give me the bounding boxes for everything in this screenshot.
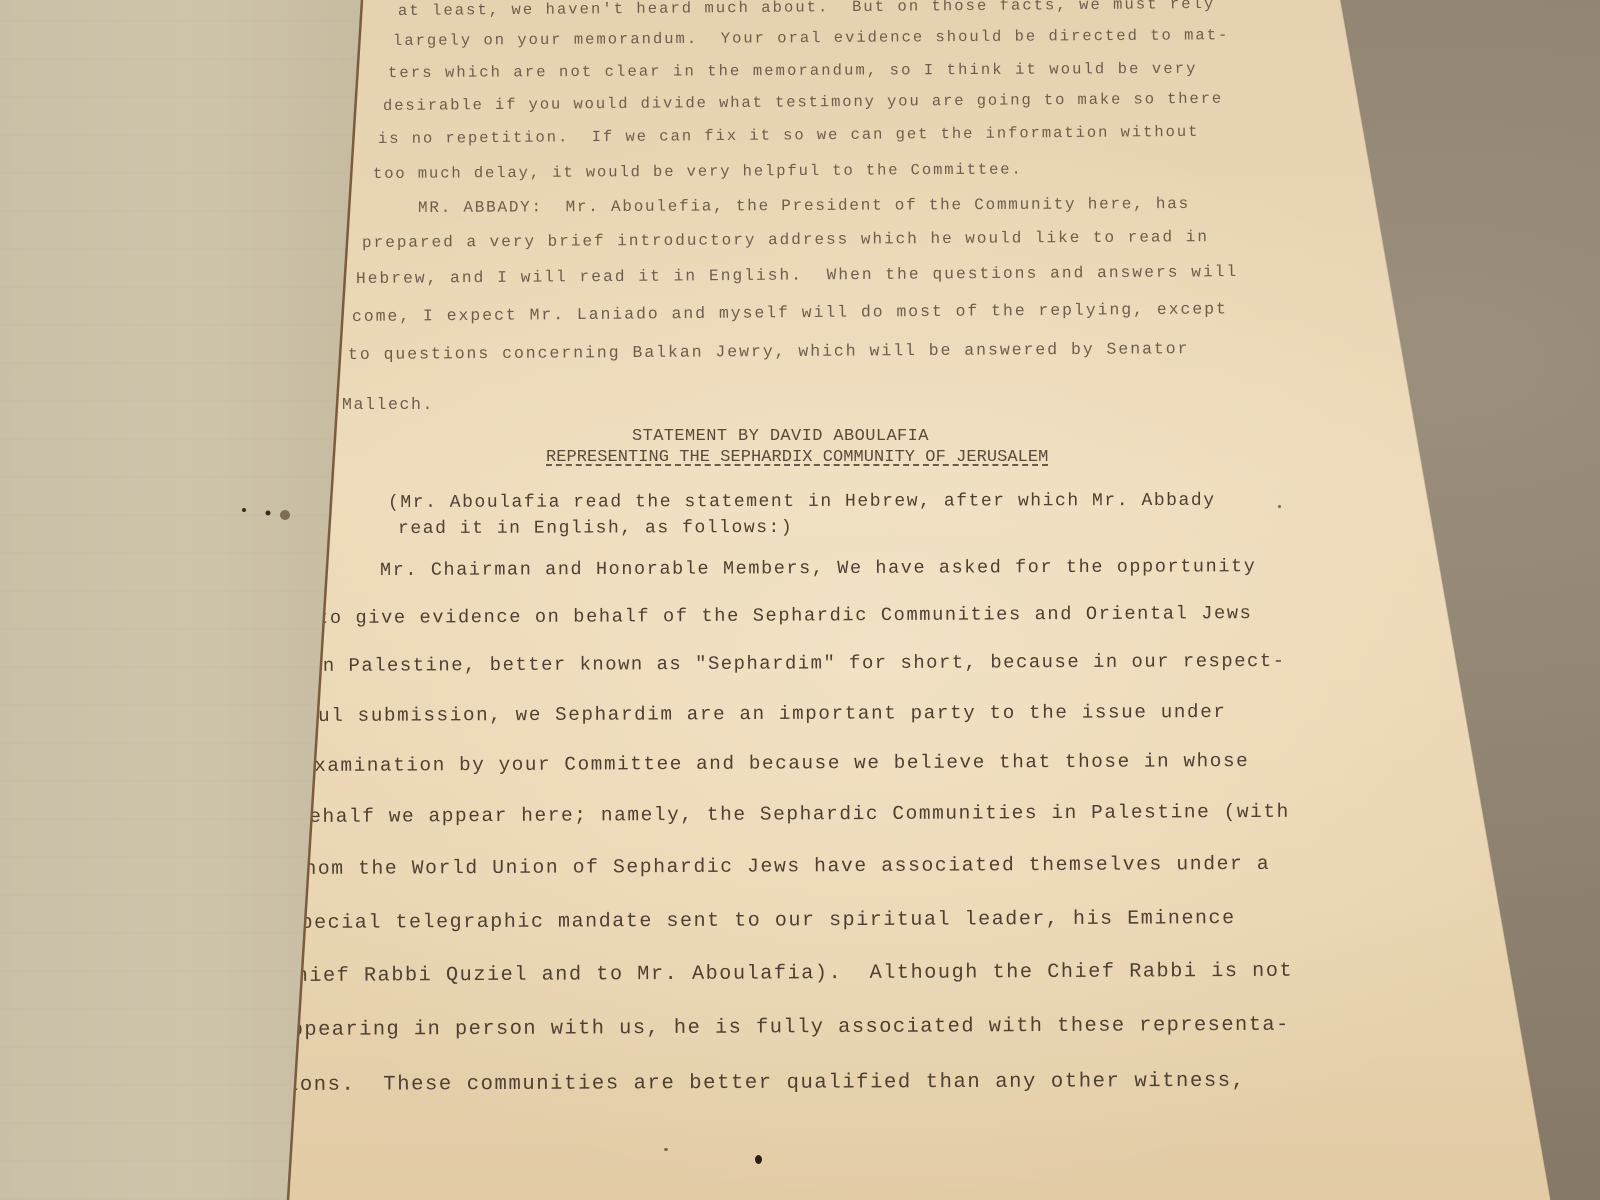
- ink-speck: [664, 1148, 668, 1151]
- body-line: behalf we appear here; namely, the Sepha…: [296, 801, 1290, 828]
- stage-direction-line: read it in English, as follows:): [398, 518, 793, 539]
- text-line: ters which are not clear in the memorand…: [388, 60, 1198, 82]
- ink-speck: [755, 1155, 762, 1164]
- text-line: is no repetition. If we can fix it so we…: [378, 123, 1200, 148]
- body-line: ful submission, we Sephardim are an impo…: [305, 701, 1227, 727]
- text-line: too much delay, it would be very helpful…: [373, 160, 1023, 183]
- text-line: Mallech.: [342, 395, 434, 414]
- ink-speck: [1278, 505, 1281, 508]
- statement-subtitle: REPRESENTING THE SEPHARDIX COMMUNITY OF …: [546, 448, 1048, 467]
- statement-title: STATEMENT BY DAVID ABOULAFIA: [632, 427, 929, 446]
- photo-scene: at least, we haven't heard much about. B…: [0, 0, 1600, 1200]
- body-line: examination by your Committee and becaus…: [301, 750, 1249, 777]
- text-line: Hebrew, and I will read it in English. W…: [356, 263, 1238, 288]
- text-line: desirable if you would divide what testi…: [383, 90, 1223, 115]
- text-line: at least, we haven't heard much about. B…: [398, 0, 1215, 20]
- body-line: appearing in person with us, he is fully…: [277, 1014, 1290, 1042]
- body-line: whom the World Union of Sephardic Jews h…: [291, 853, 1270, 880]
- text-line: prepared a very brief introductory addre…: [362, 228, 1209, 252]
- text-line: to questions concerning Balkan Jewry, wh…: [348, 339, 1190, 364]
- body-line: Mr. Chairman and Honorable Members, We h…: [380, 556, 1257, 581]
- body-line: to give evidence on behalf of the Sephar…: [317, 602, 1253, 629]
- body-line: tions. These communities are better qual…: [272, 1070, 1246, 1097]
- body-line: Chief Rabbi Quziel and to Mr. Aboulafia)…: [282, 960, 1293, 988]
- stage-direction-line: (Mr. Aboulafia read the statement in Heb…: [388, 491, 1216, 513]
- body-line: in Palestine, better known as "Sephardim…: [310, 650, 1286, 677]
- text-line: come, I expect Mr. Laniado and myself wi…: [352, 299, 1228, 326]
- speaker-line: MR. ABBADY: Mr. Aboulefia, the President…: [418, 195, 1190, 217]
- body-line: special telegraphic mandate sent to our …: [287, 907, 1236, 935]
- text-line: largely on your memorandum. Your oral ev…: [393, 26, 1229, 50]
